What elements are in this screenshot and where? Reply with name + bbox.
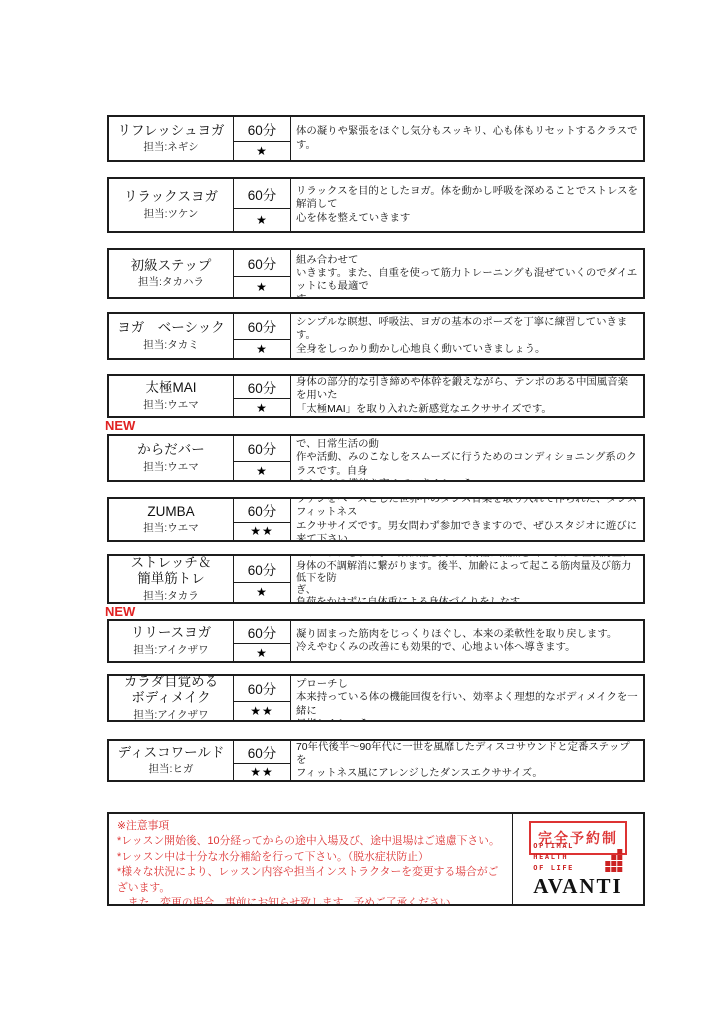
class-meta-cell: 60分 ★ [234, 436, 291, 480]
class-name-cell: ZUMBA 担当:ウエマ [109, 499, 234, 540]
class-level-stars: ★ [234, 583, 290, 602]
class-description: 70年代後半～90年代に一世を風靡したディスコサウンドと定番ステップを フィット… [291, 741, 643, 780]
notice-text: ※注意事項 *レッスン開始後、10分経ってからの途中入場及び、途中退場はご遠慮下… [109, 814, 513, 904]
class-name: 太極MAI [145, 380, 196, 396]
class-meta-cell: 60分 ★★ [234, 741, 291, 780]
class-description: ラテンをベースとした世界中のダンス音楽を取り入れて作られた、ダンスフィットネス … [291, 499, 643, 540]
class-row-stretch-kintore: ストレッチ＆ 簡単筋トレ 担当:タカラ 60分 ★ ストレッチをする事で柔軟性を… [107, 554, 645, 604]
class-meta-cell: 60分 ★★ [234, 676, 291, 720]
class-instructor: 担当:タカラ [143, 588, 198, 602]
class-instructor: 担当:タカハラ [138, 274, 204, 289]
class-row-relax-yoga: リラックスヨガ 担当:ツケン 60分 ★ リラックスを目的としたヨガ。体を動かし… [107, 177, 645, 233]
class-level-stars: ★ [234, 142, 290, 160]
class-name-cell: 初級ステップ 担当:タカハラ [109, 250, 234, 297]
new-badge: NEW [105, 419, 135, 432]
class-level-stars: ★ [234, 209, 290, 231]
class-level-stars: ★★ [234, 702, 290, 720]
class-description: 硬くなってしまっている筋肉や動きにくくなってしまっている部位にアプローチし 本来… [291, 676, 643, 720]
class-duration: 60分 [234, 676, 290, 702]
class-level-stars: ★ [234, 462, 290, 480]
class-description: 体の凝りや緊張をほぐし気分もスッキリ、心も体もリセットするクラスです。 [291, 117, 643, 160]
class-duration: 60分 [234, 621, 290, 644]
class-meta-cell: 60分 ★ [234, 117, 291, 160]
class-instructor: 担当:アイクザワ [133, 642, 208, 657]
class-meta-cell: 60分 ★★ [234, 499, 291, 540]
class-name-cell: リラックスヨガ 担当:ツケン [109, 179, 234, 231]
logo-tagline: OPTIMAL HEALTH OF LIFE [533, 841, 601, 874]
class-meta-cell: 60分 ★ [234, 556, 291, 602]
class-name: リラックスヨガ [124, 189, 218, 205]
class-meta-cell: 60分 ★ [234, 621, 291, 661]
class-instructor: 担当:タカミ [143, 337, 198, 352]
class-name: からだバー [137, 442, 205, 458]
class-row-zumba: ZUMBA 担当:ウエマ 60分 ★★ ラテンをベースとした世界中のダンス音楽を… [107, 497, 645, 542]
class-duration: 60分 [234, 376, 290, 399]
class-instructor: 担当:ウエマ [143, 397, 198, 412]
class-name: リリースヨガ [131, 625, 211, 641]
class-row-yoga-basic: ヨガ ベーシック 担当:タカミ 60分 ★ シンプルな瞑想、呼吸法、ヨガの基本の… [107, 312, 645, 360]
class-name-cell: リフレッシュヨガ 担当:ネギシ [109, 117, 234, 160]
class-row-bodymake: カラダ目覚める ボディメイク 担当:アイクザワ 60分 ★★ 硬くなってしまって… [107, 674, 645, 722]
class-row-karada-bar: からだバー 担当:ウエマ 60分 ★ 形状が変わる木製のバーを使い体を伸ばす・曲… [107, 434, 645, 482]
class-name-cell: リリースヨガ 担当:アイクザワ [109, 621, 234, 661]
class-duration: 60分 [234, 499, 290, 523]
class-instructor: 担当:ネギシ [143, 139, 198, 154]
class-name-cell: ディスコワールド 担当:ヒガ [109, 741, 234, 780]
class-description: リラックスを目的としたヨガ。体を動かし呼吸を深めることでストレスを解消して 心を… [291, 179, 643, 231]
class-row-taikyoku-mai: 太極MAI 担当:ウエマ 60分 ★ 身体の部分的な引き締めや体幹を鍛えながら、… [107, 374, 645, 418]
class-name: 初級ステップ [131, 258, 212, 274]
lesson-schedule-page: リフレッシュヨガ 担当:ネギシ 60分 ★ 体の凝りや緊張をほぐし気分もスッキリ… [0, 0, 724, 1024]
class-level-stars: ★★ [234, 523, 290, 540]
class-name-cell: カラダ目覚める ボディメイク 担当:アイクザワ [109, 676, 234, 720]
class-duration: 60分 [234, 117, 290, 142]
class-instructor: 担当:ツケン [144, 206, 199, 221]
class-instructor: 担当:ウエマ [143, 459, 198, 474]
class-row-step-beginner: 初級ステップ 担当:タカハラ 60分 ★ ステップ台を使って台の昇降運動で音楽に… [107, 248, 645, 299]
class-meta-cell: 60分 ★ [234, 314, 291, 358]
brand-cell: 完全予約制 OPTIMAL HEALTH OF LIFE AVANTI [513, 814, 643, 904]
class-row-release-yoga: リリースヨガ 担当:アイクザワ 60分 ★ 凝り固まった筋肉をじっくりほぐし、本… [107, 619, 645, 663]
class-description: シンプルな瞑想、呼吸法、ヨガの基本のポーズを丁寧に練習していきます。 全身をしっ… [291, 314, 643, 358]
class-row-disco-world: ディスコワールド 担当:ヒガ 60分 ★★ 70年代後半～90年代に一世を風靡し… [107, 739, 645, 782]
avanti-logo: OPTIMAL HEALTH OF LIFE AVANTI [533, 841, 622, 897]
class-name: ヨガ ベーシック [117, 320, 224, 336]
class-name-cell: からだバー 担当:ウエマ [109, 436, 234, 480]
class-row-refresh-yoga: リフレッシュヨガ 担当:ネギシ 60分 ★ 体の凝りや緊張をほぐし気分もスッキリ… [107, 115, 645, 162]
logo-brand-text: AVANTI [533, 875, 622, 897]
class-description: 凝り固まった筋肉をじっくりほぐし、本来の柔軟性を取り戻します。 冷えやむくみの改… [291, 621, 643, 661]
class-duration: 60分 [234, 314, 290, 340]
class-name: カラダ目覚める ボディメイク [124, 676, 218, 706]
class-meta-cell: 60分 ★ [234, 250, 291, 297]
class-level-stars: ★ [234, 399, 290, 416]
class-level-stars: ★ [234, 277, 290, 297]
new-badge: NEW [105, 605, 135, 618]
class-level-stars: ★★ [234, 764, 290, 780]
class-name: リフレッシュヨガ [117, 123, 224, 139]
notice-box: ※注意事項 *レッスン開始後、10分経ってからの途中入場及び、途中退場はご遠慮下… [107, 812, 645, 906]
class-meta-cell: 60分 ★ [234, 179, 291, 231]
class-duration: 60分 [234, 179, 290, 209]
class-duration: 60分 [234, 436, 290, 462]
class-name: ZUMBA [147, 504, 194, 520]
class-name: ストレッチ＆ 簡単筋トレ [131, 556, 212, 587]
class-name-cell: ストレッチ＆ 簡単筋トレ 担当:タカラ [109, 556, 234, 602]
logo-blocks-icon [606, 849, 623, 874]
class-instructor: 担当:ヒガ [149, 761, 194, 776]
class-instructor: 担当:ウエマ [143, 520, 198, 535]
class-description: ステップ台を使って台の昇降運動で音楽に合わせてベーシックな動きを組み合わせて い… [291, 250, 643, 297]
class-meta-cell: 60分 ★ [234, 376, 291, 416]
class-instructor: 担当:アイクザワ [133, 707, 208, 720]
class-duration: 60分 [234, 741, 290, 764]
class-level-stars: ★ [234, 644, 290, 661]
class-level-stars: ★ [234, 340, 290, 358]
class-description: 身体の部分的な引き締めや体幹を鍛えながら、テンポのある中国風音楽を用いた 「太極… [291, 376, 643, 416]
class-name-cell: 太極MAI 担当:ウエマ [109, 376, 234, 416]
class-name-cell: ヨガ ベーシック 担当:タカミ [109, 314, 234, 358]
class-description: ストレッチをする事で柔軟性を高め可動性に焦点を当てながら怪我防止、 身体の不調解… [291, 556, 643, 602]
class-duration: 60分 [234, 556, 290, 583]
class-duration: 60分 [234, 250, 290, 277]
class-description: 形状が変わる木製のバーを使い体を伸ばす・曲げる・縮める・捻る事で、日常生活の動 … [291, 436, 643, 480]
class-name: ディスコワールド [118, 745, 225, 761]
